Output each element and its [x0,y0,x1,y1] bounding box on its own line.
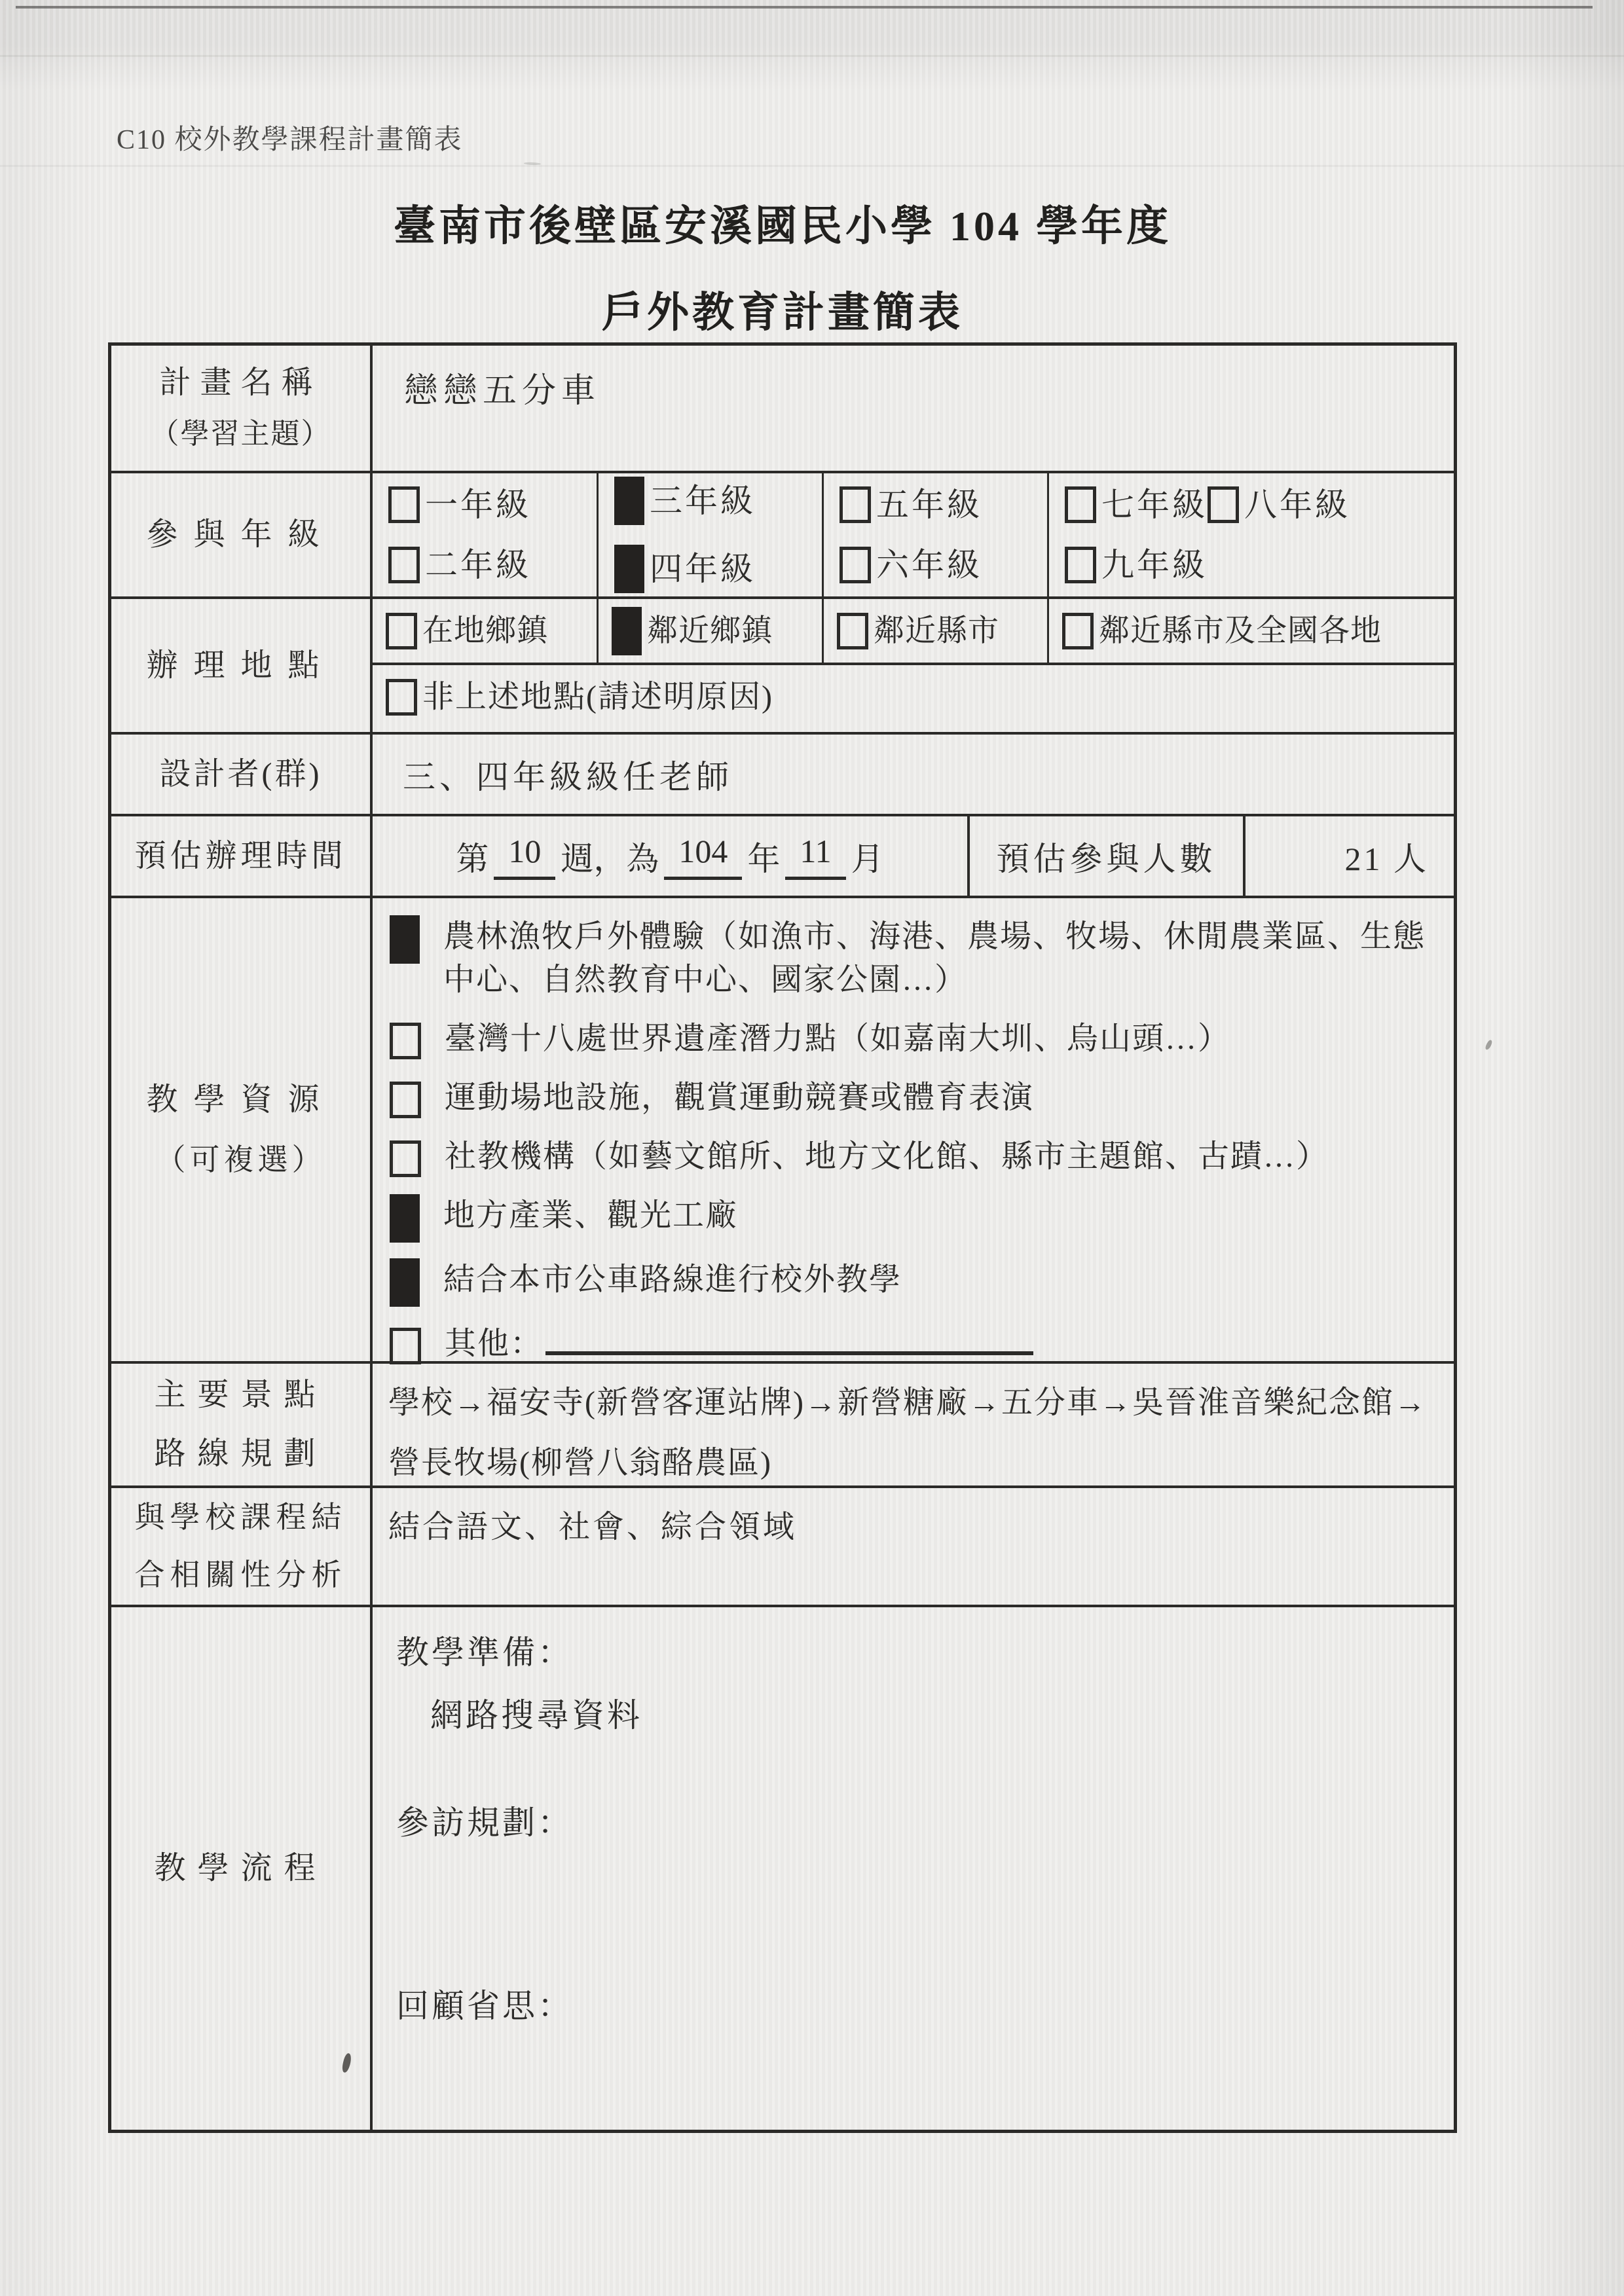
process-review-label: 回顧省思： [396,1983,1454,2029]
row-plan-name: 計畫名稱 （學習主題） 戀戀五分車 [111,346,1454,471]
resource-item-4-label: 社教機構（如藝文館所、地方文化館、縣市主題館、古蹟…） [445,1135,1329,1178]
route-label-line1: 主要景點 [154,1366,327,1425]
plan-name-label: 計畫名稱 （學習主題） [111,346,370,471]
checkbox-resource-4-icon [390,1140,421,1177]
resource-item-1: 農林漁牧戶外體驗（如漁市、海港、農場、牧場、休閒農業區、生態中心、自然教育中心、… [390,915,1442,1002]
row-curriculum: 與學校課程結 合相關性分析 結合語文、社會、綜合領域 [111,1485,1454,1605]
resource-item-3-label: 運動場地設施，觀賞運動競賽或體育表演 [445,1076,1034,1120]
curriculum-label-line1: 與學校課程結 [135,1489,347,1546]
checkbox-location-other-icon [386,679,417,716]
grade-option-8: 八年級 [1208,484,1350,525]
grade-option-1: 一年級 [388,484,597,525]
grade-option-3-label: 三年級 [650,481,756,521]
schedule-label: 預估辦理時間 [134,831,346,882]
row-location: 辦理地點 在地鄉鎮 鄰近鄉鎮 鄰近縣市 鄰近縣市及全國各地 非上述地點(請述明原… [111,596,1454,732]
schedule-time-value: 第 10 週，為 104 年 11 月 [373,816,967,896]
resource-item-4: 社教機構（如藝文館所、地方文化館、縣市主題館、古蹟…） [390,1135,1442,1178]
row-schedule: 預估辦理時間 第 10 週，為 104 年 11 月 預估參與人數 21 人 [111,814,1454,896]
checkbox-location-1-icon [386,613,417,649]
location-other-row: 非上述地點(請述明原因) [373,665,1454,729]
resource-item-3: 運動場地設施，觀賞運動競賽或體育表演 [390,1076,1442,1120]
page-title-line1: 臺南市後壁區安溪國民小學 104 學年度 [108,192,1457,253]
checkbox-grade-5-icon [840,486,871,523]
scanned-document-page: C10 校外教學課程計畫簡表 臺南市後壁區安溪國民小學 104 學年度 戶外教育… [0,0,1624,2296]
grade-option-7-label: 七年級 [1101,484,1208,525]
grade-option-4-label: 四年級 [650,549,756,589]
resource-item-6: 結合本市公車路線進行校外教學 [390,1258,1442,1307]
checkbox-grade-3-icon [614,477,644,525]
schedule-year-value: 104 [664,832,742,880]
resources-list: 農林漁牧戶外體驗（如漁市、海港、農場、牧場、休閒農業區、生態中心、自然教育中心、… [373,898,1454,1381]
grade-option-1-label: 一年級 [425,484,531,525]
location-option-3-label: 鄰近縣市 [874,611,999,651]
grade-option-2-label: 二年級 [425,545,531,585]
doc-code-label: C10 校外教學課程計畫簡表 [117,118,463,157]
checkbox-resource-2-icon [390,1023,421,1059]
curriculum-label-line2: 合相關性分析 [135,1546,347,1604]
resource-item-5-label: 地方產業、觀光工廠 [443,1194,738,1237]
resource-item-5: 地方產業、觀光工廠 [390,1194,1442,1243]
row-grades: 參與年級 一年級 二年級 三年級 四年級 五年級 六年級 [111,471,1454,596]
row-route: 主要景點 路線規劃 學校→福安寺(新營客運站牌)→新營糖廠→五分車→吳晉淮音樂紀… [111,1361,1454,1485]
location-option-2-label: 鄰近鄉鎮 [647,611,773,651]
checkbox-location-4-icon [1062,613,1094,649]
schedule-month-value: 11 [785,832,845,880]
checkbox-grade-7-icon [1065,486,1096,523]
curriculum-value: 結合語文、社會、綜合領域 [373,1488,1454,1546]
scan-artifact-streak [0,55,1624,57]
scan-artifact-streak [0,165,1624,167]
schedule-suffix: 月 [851,833,884,880]
grades-col-4: 七年級 八年級 九年級 [1047,473,1454,596]
scan-artifact-top-line [16,6,1593,9]
page-title-line2: 戶外教育計畫簡表 [108,279,1457,339]
checkbox-grade-6-icon [840,547,871,583]
grade-option-8-label: 八年級 [1244,484,1350,525]
location-option-4: 鄰近縣市及全國各地 [1047,599,1454,663]
grade-option-9: 九年級 [1065,545,1454,585]
checkbox-grade-4-icon [614,545,644,593]
participants-label: 預估參與人數 [967,816,1243,896]
location-option-2: 鄰近鄉鎮 [597,599,822,663]
checkbox-location-2-icon [612,607,642,655]
checkbox-grade-8-icon [1208,486,1239,523]
process-prep-label: 教學準備： [396,1630,1454,1675]
row-process: 教學流程 教學準備： 網路搜尋資料 參訪規劃： 回顧省思： [111,1605,1454,2130]
grade-option-6: 六年級 [840,545,1047,585]
process-content: 教學準備： 網路搜尋資料 參訪規劃： 回顧省思： [373,1630,1454,2029]
resources-label-line2: （可複選） [156,1130,326,1190]
grade-option-4: 四年級 [614,545,822,593]
grades-col-3: 五年級 六年級 [822,473,1047,596]
grades-col-1: 一年級 二年級 [373,473,597,596]
plan-name-label-line2: （學習主題） [151,409,331,460]
grade-option-5: 五年級 [840,484,1047,525]
grade-option-2: 二年級 [388,545,597,585]
row-designer: 設計者(群) 三、四年級級任老師 [111,732,1454,814]
route-label-line2: 路線規劃 [154,1425,327,1484]
resource-item-6-label: 結合本市公車路線進行校外教學 [443,1258,902,1302]
participants-value: 21 人 [1243,816,1454,896]
location-options-row: 在地鄉鎮 鄰近鄉鎮 鄰近縣市 鄰近縣市及全國各地 [373,599,1454,665]
grade-option-3: 三年級 [614,477,822,525]
checkbox-resource-other-icon [390,1328,421,1364]
resource-item-2-label: 臺灣十八處世界遺產潛力點（如嘉南大圳、烏山頭…） [445,1017,1230,1061]
plan-summary-table: 計畫名稱 （學習主題） 戀戀五分車 參與年級 一年級 二年級 三年級 [108,342,1457,2133]
schedule-prefix: 第 [456,833,489,880]
designer-value: 三、四年級級任老師 [370,735,1454,814]
schedule-mid2: 年 [747,833,780,880]
checkbox-resource-3-icon [390,1082,421,1118]
row-resources: 教學資源 （可複選） 農林漁牧戶外體驗（如漁市、海港、農場、牧場、休閒農業區、生… [111,896,1454,1361]
checkbox-resource-5-icon [390,1194,420,1243]
location-option-1: 在地鄉鎮 [373,599,597,663]
resources-label-line1: 教學資源 [146,1070,335,1130]
resource-other-blank-line [545,1322,1033,1355]
grade-option-5-label: 五年級 [876,484,982,525]
process-visit-label: 參訪規劃： [396,1800,1454,1846]
plan-name-value: 戀戀五分車 [373,346,1454,412]
process-prep-detail: 網路搜尋資料 [396,1692,1454,1738]
grade-option-7: 七年級 [1065,484,1208,525]
plan-name-label-line1: 計畫名稱 [159,357,322,409]
location-option-4-label: 鄰近縣市及全國各地 [1099,611,1382,651]
grade-option-9-label: 九年級 [1101,545,1208,585]
resource-item-2: 臺灣十八處世界遺產潛力點（如嘉南大圳、烏山頭…） [390,1017,1442,1061]
location-option-3: 鄰近縣市 [822,599,1047,663]
location-other-label: 非上述地點(請述明原因) [422,677,773,718]
checkbox-grade-1-icon [388,486,420,523]
checkbox-resource-6-icon [390,1258,420,1307]
designer-label: 設計者(群) [160,749,322,800]
checkbox-grade-2-icon [388,547,420,583]
grades-col-2: 三年級 四年級 [597,473,822,596]
schedule-week-value: 10 [494,832,555,880]
checkbox-location-3-icon [837,613,868,649]
location-option-1-label: 在地鄉鎮 [422,611,548,651]
route-value: 學校→福安寺(新營客運站牌)→新營糖廠→五分車→吳晉淮音樂紀念館→營長牧場(柳營… [373,1364,1454,1493]
checkbox-grade-9-icon [1065,547,1096,583]
resource-item-1-label: 農林漁牧戶外體驗（如漁市、海港、農場、牧場、休閒農業區、生態中心、自然教育中心、… [443,915,1426,1002]
resource-item-other: 其他： [390,1322,1442,1366]
ink-speck [1485,1039,1494,1050]
checkbox-resource-1-icon [390,915,420,964]
grades-label: 參與年級 [146,509,335,560]
grade-option-6-label: 六年級 [876,545,982,585]
resource-item-other-label: 其他： [445,1322,543,1366]
process-label: 教學流程 [154,1843,327,1894]
schedule-mid1: 週，為 [561,833,659,880]
location-label: 辦理地點 [146,640,335,691]
